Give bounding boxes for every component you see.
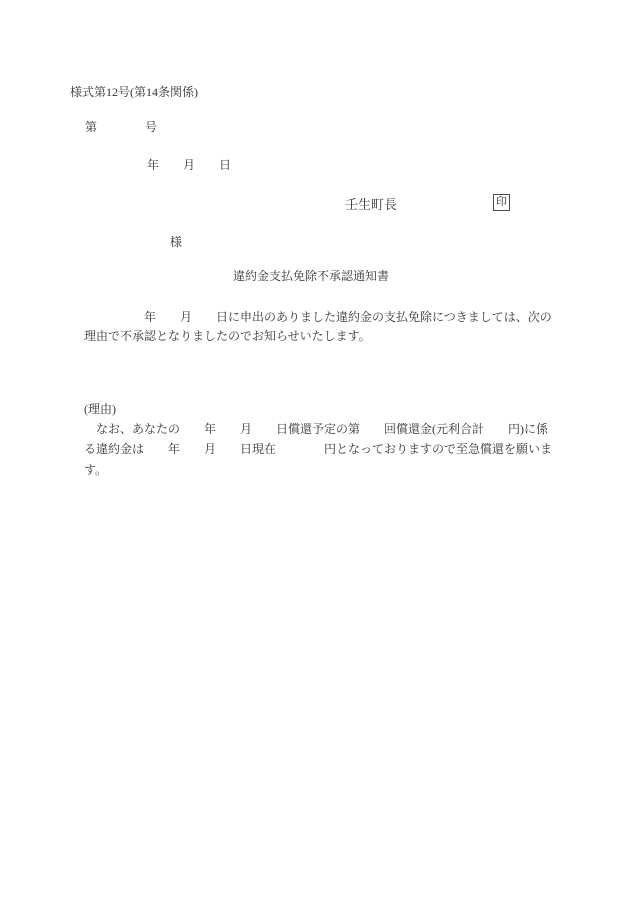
note-paragraph-line-3: す。 [84, 463, 107, 478]
seal-mark: 印 [493, 194, 510, 211]
document-number-blank-line: 第 号 [85, 120, 157, 135]
addressee-suffix: 様 [170, 235, 182, 250]
form-number-label: 様式第12号(第14条関係) [70, 85, 198, 100]
body-paragraph-line-1: 年 月 日に申出のありました違約金の支払免除につきましては、次の [84, 310, 552, 325]
document-title: 違約金支払免除不承認通知書 [233, 269, 389, 284]
notice-document-page: 様式第12号(第14条関係) 第 号 年 月 日 壬生町長 印 様 違約金支払免… [0, 0, 630, 915]
note-paragraph-line-1: なお、あなたの 年 月 日償還予定の第 回償還金(元利合計 円)に係 [84, 422, 548, 437]
reason-section-label: (理由) [84, 402, 116, 417]
body-paragraph-line-2: 理由で不承認となりましたのでお知らせいたします。 [84, 329, 371, 344]
note-paragraph-line-2: る違約金は 年 月 日現在 円となっておりますので至急償還を願いま [84, 442, 552, 457]
issue-date-blank-line: 年 月 日 [147, 158, 231, 173]
sender-mayor-title: 壬生町長 [345, 197, 397, 213]
